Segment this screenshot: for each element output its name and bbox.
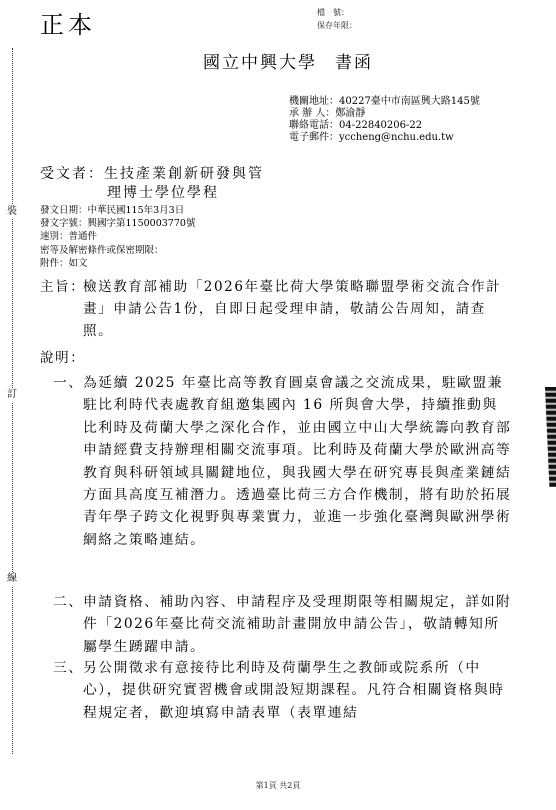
- copy-mark: 正本: [40, 10, 96, 40]
- file-info: 檔 號： 保存年限：: [317, 6, 357, 32]
- binding-mark-middle: 訂: [7, 388, 17, 402]
- contact-block: 機關地址：40227臺中市南區興大路145號 承 辦 人：鄭渝靜 聯絡電話：04…: [289, 96, 480, 144]
- explanation-item: 三、 另公開徵求有意接待比利時及荷蘭學生之教師或院系所（中心），提供研究實習機會…: [53, 657, 513, 724]
- page-number: 第1頁 共2頁: [0, 780, 556, 791]
- item-text: 為延續 2025 年臺比高等教育圓桌會議之交流成果，駐歐盟兼駐比利時代表處教育組…: [53, 372, 513, 551]
- page-title: 國立中興大學書函: [0, 52, 556, 74]
- contact-handler: 承 辦 人：鄭渝靜: [289, 108, 480, 120]
- recipient-line-2: 理博士學位學程: [40, 184, 264, 203]
- doc-type: 書函: [335, 53, 373, 73]
- issue-date: 發文日期：中華民國115年3月3日: [40, 204, 195, 217]
- item-text: 另公開徵求有意接待比利時及荷蘭學生之教師或院系所（中心），提供研究實習機會或開設…: [53, 657, 513, 724]
- item-text: 申請資格、補助內容、申請程序及受理期限等相關規定，詳如附件「2026年臺比荷交流…: [53, 591, 513, 658]
- item-number: 三、: [53, 657, 84, 679]
- retention-label: 保存年限：: [317, 19, 357, 32]
- recipient: 受文者：生技產業創新研發與管 理博士學位學程: [40, 165, 264, 203]
- subject: 主旨： 檢送教育部補助「2026年臺比荷大學策略聯盟學術交流合作計畫」申請公告1…: [40, 276, 510, 342]
- explanation-label: 說明：: [40, 347, 85, 369]
- subject-text: 檢送教育部補助「2026年臺比荷大學策略聯盟學術交流合作計畫」申請公告1份，自即…: [40, 276, 510, 342]
- confidentiality: 密等及解密條件或保密期限：: [40, 244, 195, 257]
- contact-phone: 聯絡電話：04-22840206-22: [289, 120, 480, 132]
- recipient-line-1: 受文者：生技產業創新研發與管: [40, 165, 264, 184]
- attachment: 附件：如文: [40, 257, 195, 270]
- contact-email: 電子郵件：yccheng@nchu.edu.tw: [289, 132, 480, 144]
- item-number: 一、: [53, 372, 84, 394]
- org-name: 國立中興大學: [203, 53, 317, 73]
- explanation-item: 一、 為延續 2025 年臺比高等教育圓桌會議之交流成果，駐歐盟兼駐比利時代表處…: [53, 372, 513, 551]
- binding-mark-bottom: 線: [7, 572, 17, 586]
- contact-address: 機關地址：40227臺中市南區興大路145號: [289, 96, 480, 108]
- seal-stamp-image: [545, 387, 556, 487]
- binding-mark-top: 裝: [7, 205, 17, 219]
- subject-label: 主旨：: [40, 276, 85, 298]
- file-number-label: 檔 號：: [317, 6, 357, 19]
- doc-number: 發文字號：興國字第1150003770號: [40, 217, 195, 230]
- document-page: 正本 檔 號： 保存年限： 裝 訂 線 國立中興大學書函 機關地址：40227臺…: [0, 0, 556, 810]
- item-number: 二、: [53, 591, 84, 613]
- explanation-item: 二、 申請資格、補助內容、申請程序及受理期限等相關規定，詳如附件「2026年臺比…: [53, 591, 513, 658]
- meta-block: 發文日期：中華民國115年3月3日 發文字號：興國字第1150003770號 速…: [40, 204, 195, 270]
- speed-class: 速別：普通件: [40, 230, 195, 243]
